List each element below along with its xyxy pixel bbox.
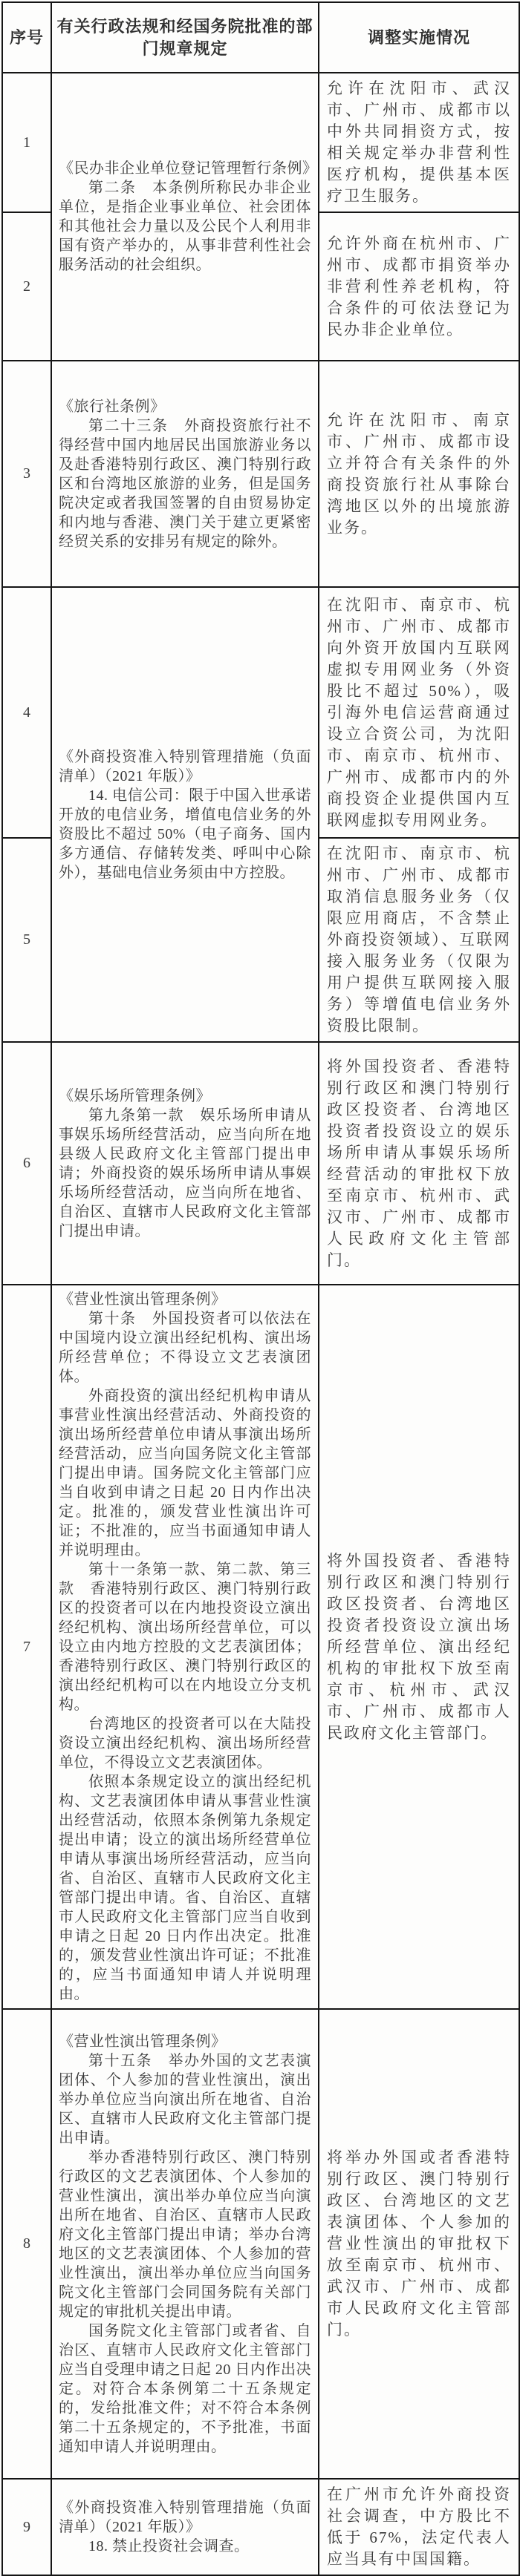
table-row: 9 《外商投资准入特别管理措施（负面清单）（2021 年版）》18. 禁止投资社… <box>2 2479 519 2575</box>
table-row: 8 《营业性演出管理条例》第十五条 举办外国的文艺表演团体、个人参加的营业性演出… <box>2 2009 519 2479</box>
adjustment-cell: 允许外商在杭州市、广州市、成都市捐资举办非营利性养老机构，符合条件的可依法登记为… <box>319 212 519 361</box>
serial-cell: 1 <box>2 73 51 212</box>
serial-cell: 9 <box>2 2479 51 2575</box>
serial-cell: 7 <box>2 1285 51 2009</box>
table-row: 3 《旅行社条例》第二十三条 外商投资旅行社不得经营中国内地居民出国旅游业务以及… <box>2 361 519 587</box>
header-serial-number: 序号 <box>2 2 51 73</box>
adjustment-cell: 将外国投资者、香港特别行政区和澳门特别行政区投资者、台湾地区投资者投资设立演出场… <box>319 1285 519 2009</box>
regulation-cell: 《旅行社条例》第二十三条 外商投资旅行社不得经营中国内地居民出国旅游业务以及赴香… <box>51 361 319 587</box>
regulation-cell: 《外商投资准入特别管理措施（负面清单）（2021 年版）》18. 禁止投资社会调… <box>51 2479 319 2575</box>
adjustment-cell: 在沈阳市、南京市、杭州市、广州市、成都市取消信息服务业务（仅限应用商店，不含禁止… <box>319 838 519 1042</box>
adjustment-cell: 将外国投资者、香港特别行政区和澳门特别行政区投资者、台湾地区投资者投资设立的娱乐… <box>319 1042 519 1285</box>
table-row: 7 《营业性演出管理条例》第十条 外国投资者可以依法在中国境内设立演出经纪机构、… <box>2 1285 519 2009</box>
table-header-row: 序号 有关行政法规和经国务院批准的部门规章规定 调整实施情况 <box>2 2 519 73</box>
adjustment-cell: 在广州市允许外商投资社会调查，中方股比不低于 67%，法定代表人应当具有中国国籍… <box>319 2479 519 2575</box>
adjustment-cell: 允许在沈阳市、南京市、广州市、成都市设立并符合有关条件的外商投资旅行社从事除台湾… <box>319 361 519 587</box>
header-regulation: 有关行政法规和经国务院批准的部门规章规定 <box>51 2 319 73</box>
regulation-cell: 《营业性演出管理条例》第十条 外国投资者可以依法在中国境内设立演出经纪机构、演出… <box>51 1285 319 2009</box>
adjustment-cell: 允许在沈阳市、武汉市、广州市、成都市以中外共同捐资方式，按相关规定举办非营利性医… <box>319 73 519 212</box>
regulation-cell: 《营业性演出管理条例》第十五条 举办外国的文艺表演团体、个人参加的营业性演出，演… <box>51 2009 319 2479</box>
regulation-adjustment-table: 序号 有关行政法规和经国务院批准的部门规章规定 调整实施情况 1 《民办非企业单… <box>1 1 520 2576</box>
serial-cell: 4 <box>2 587 51 838</box>
regulation-adjustment-document: 序号 有关行政法规和经国务院批准的部门规章规定 调整实施情况 1 《民办非企业单… <box>0 0 520 2523</box>
serial-cell: 8 <box>2 2009 51 2479</box>
serial-cell: 3 <box>2 361 51 587</box>
table-row: 6 《娱乐场所管理条例》第九条第一款 娱乐场所申请从事娱乐场所经营活动，应当向所… <box>2 1042 519 1285</box>
regulation-cell: 《外商投资准入特别管理措施（负面清单）（2021 年版）》14. 电信公司：限于… <box>51 587 319 1042</box>
header-adjustment: 调整实施情况 <box>319 2 519 73</box>
adjustment-cell: 在沈阳市、南京市、杭州市、广州市、成都市向外资开放国内互联网虚拟专用网业务（外资… <box>319 587 519 838</box>
serial-cell: 5 <box>2 838 51 1042</box>
table-row: 4 《外商投资准入特别管理措施（负面清单）（2021 年版）》14. 电信公司：… <box>2 587 519 838</box>
serial-cell: 2 <box>2 212 51 361</box>
serial-cell: 6 <box>2 1042 51 1285</box>
regulation-cell: 《娱乐场所管理条例》第九条第一款 娱乐场所申请从事娱乐场所经营活动，应当向所在地… <box>51 1042 319 1285</box>
regulation-cell: 《民办非企业单位登记管理暂行条例》第二条 本条例所称民办非企业单位，是指企业事业… <box>51 73 319 361</box>
adjustment-cell: 将举办外国或者香港特别行政区、澳门特别行政区、台湾地区的文艺表演团体、个人参加的… <box>319 2009 519 2479</box>
table-row: 1 《民办非企业单位登记管理暂行条例》第二条 本条例所称民办非企业单位，是指企业… <box>2 73 519 212</box>
